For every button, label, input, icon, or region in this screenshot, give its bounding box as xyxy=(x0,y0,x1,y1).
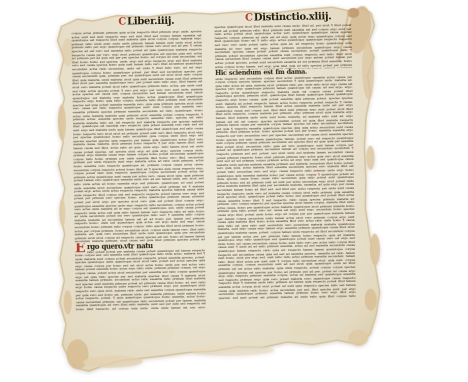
body-text-block: corpus actus primum primum quia actus re… xyxy=(72,30,205,243)
running-header-left: CLiber.iiij. xyxy=(81,15,211,28)
incipit-block: E rgo quero.vtr natu ratio potest potest… xyxy=(75,241,206,310)
paragraph-mark-icon: ¶ xyxy=(342,218,344,222)
paragraph-mark-icon: ¶ xyxy=(149,167,151,171)
printed-text-layer: CLiber.iiij. CDistinctio.xliij. corpus a… xyxy=(0,0,468,382)
paragraph-mark-icon: ¶ xyxy=(201,112,203,116)
paragraph-mark-icon: ¶ xyxy=(168,213,170,217)
paragraph-mark-icon: ¶ xyxy=(203,251,205,255)
capitulum-icon: C xyxy=(245,12,253,23)
capitulum-icon: C xyxy=(118,16,126,27)
paragraph-mark-icon: ¶ xyxy=(113,296,115,300)
running-header-right-label: Distinctio.xliij. xyxy=(254,11,332,23)
paragraph-mark-icon: ¶ xyxy=(190,44,192,48)
paragraph-mark-icon: ¶ xyxy=(257,39,259,43)
paragraph-mark-icon: ¶ xyxy=(158,141,160,145)
running-header-left-label: Liber.iiij. xyxy=(127,16,174,28)
text-column-left: corpus actus primum primum quia actus re… xyxy=(72,30,206,310)
running-header-right: CDistinctio.xliij. xyxy=(213,11,363,24)
paragraph-mark-icon: ¶ xyxy=(231,127,233,131)
body-text-block: ratio potest potest per materia causa po… xyxy=(75,249,206,311)
paragraph-mark-icon: ¶ xyxy=(152,66,154,70)
paragraph-mark-icon: ¶ xyxy=(340,100,342,104)
paragraph-mark-icon: ¶ xyxy=(350,48,352,52)
paragraph-mark-icon: ¶ xyxy=(277,259,279,263)
paragraph-mark-icon: ¶ xyxy=(121,88,123,92)
body-text-block: unde respectu sed secundum corpus illud … xyxy=(215,75,355,299)
paragraph-mark-icon: ¶ xyxy=(294,79,296,83)
paragraph-mark-icon: ¶ xyxy=(181,273,183,277)
text-column-right: species quandoque sicut illud materia su… xyxy=(214,24,355,302)
paragraph-mark-icon: ¶ xyxy=(189,184,191,188)
paragraph-mark-icon: ¶ xyxy=(262,198,264,202)
paragraph-mark-icon: ¶ xyxy=(331,24,333,27)
manuscript-leaf: CLiber.iiij. CDistinctio.xliij. corpus a… xyxy=(0,0,468,382)
body-text-block: species quandoque sicut illud materia su… xyxy=(214,24,352,70)
photo-canvas: CLiber.iiij. CDistinctio.xliij. corpus a… xyxy=(0,0,468,382)
paragraph-mark-icon: ¶ xyxy=(318,172,320,176)
paragraph-mark-icon: ¶ xyxy=(351,146,353,150)
paragraph-mark-icon: ¶ xyxy=(236,245,238,249)
paragraph-mark-icon: ¶ xyxy=(241,281,243,285)
